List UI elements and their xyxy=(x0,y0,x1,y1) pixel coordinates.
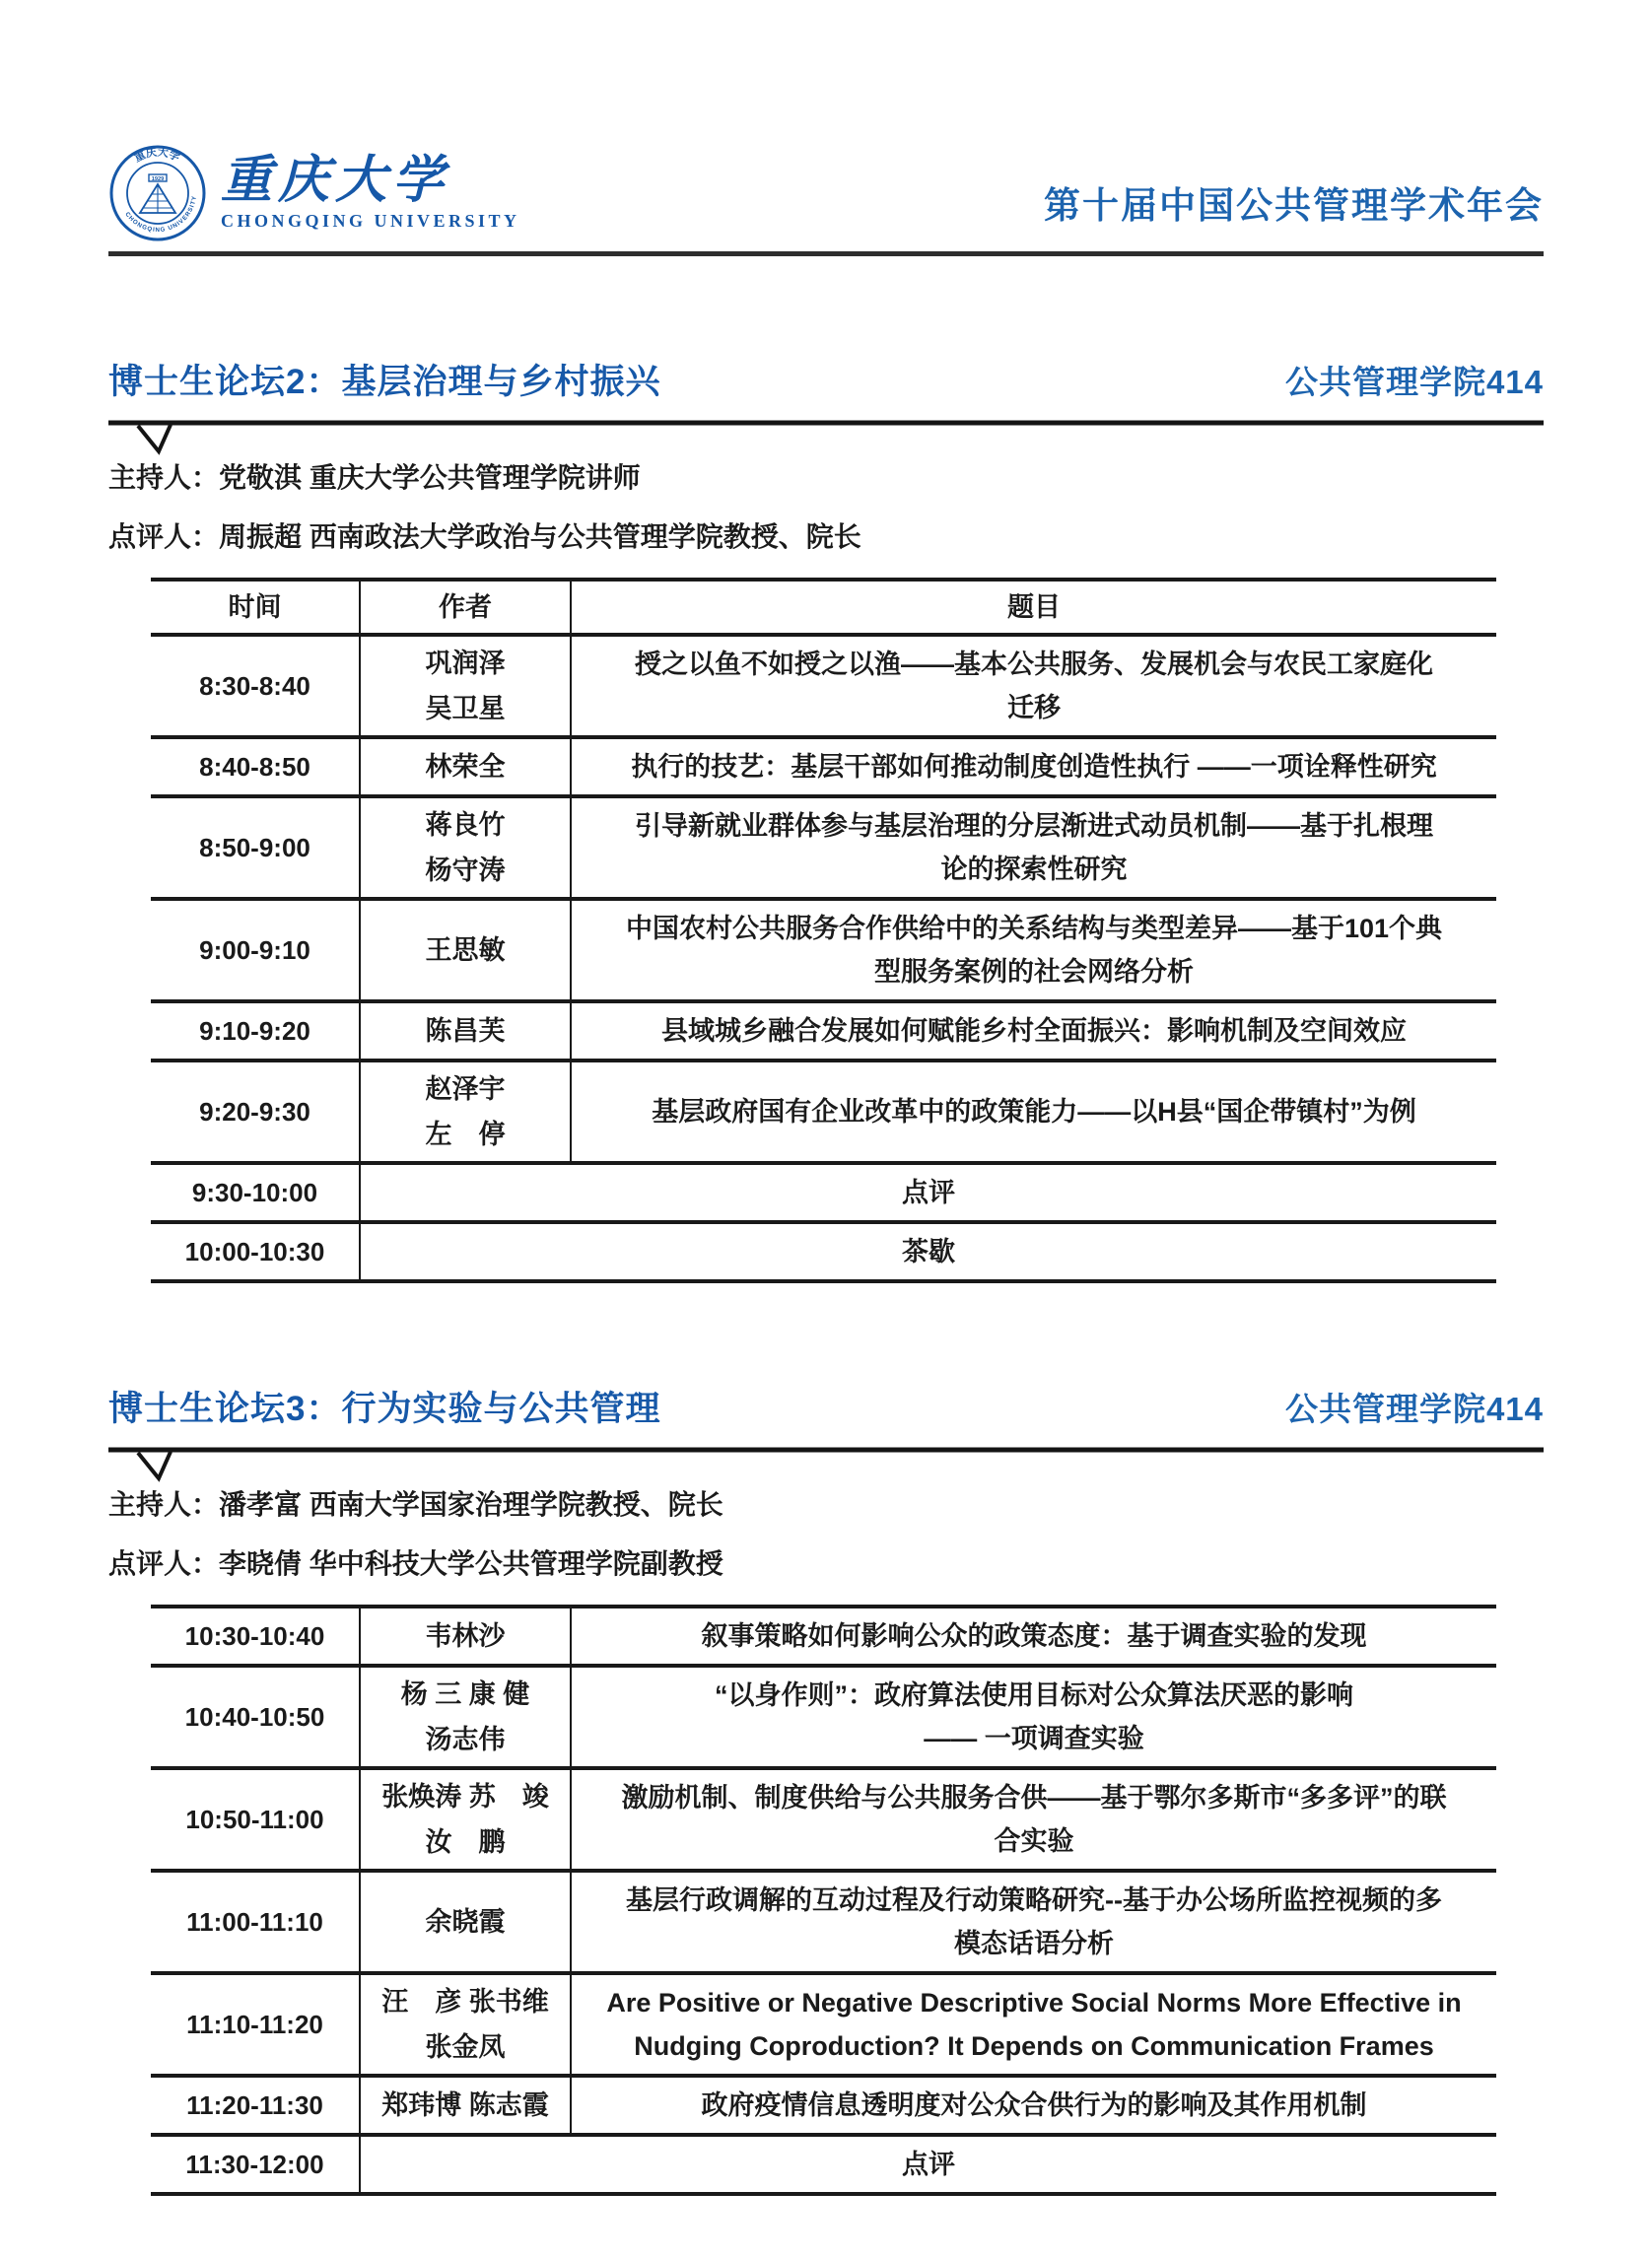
time-cell: 8:50-9:00 xyxy=(151,796,360,899)
host-line: 主持人：潘孝富 西南大学国家治理学院教授、院长 xyxy=(108,1488,1544,1522)
table-header-cell: 作者 xyxy=(360,580,571,635)
section-head: 博士生论坛2：基层治理与乡村振兴 公共管理学院414 xyxy=(108,355,1544,404)
table-row: 9:00-9:10王思敏中国农村公共服务合作供给中的关系结构与类型差异——基于1… xyxy=(151,899,1496,1001)
table-row: 11:30-12:00点评 xyxy=(151,2135,1496,2194)
conference-title: 第十届中国公共管理学术年会 xyxy=(1044,175,1544,242)
table-row: 10:00-10:30茶歇 xyxy=(151,1222,1496,1281)
section-title: 博士生论坛2：基层治理与乡村振兴 xyxy=(108,355,660,404)
logo-text: 重庆大学 CHONGQING UNIVERSITY xyxy=(221,154,520,233)
table-row: 8:50-9:00蒋良竹 杨守涛引导新就业群体参与基层治理的分层渐进式动员机制—… xyxy=(151,796,1496,899)
title-cell: 政府疫情信息透明度对公众合供行为的影响及其作用机制 xyxy=(571,2076,1496,2135)
table-row: 10:50-11:00张焕涛 苏 竣 汝 鹏激励机制、制度供给与公共服务合供——… xyxy=(151,1768,1496,1871)
section-forum-3: 博士生论坛3：行为实验与公共管理 公共管理学院414 主持人：潘孝富 西南大学国… xyxy=(108,1382,1544,2196)
time-cell: 10:40-10:50 xyxy=(151,1666,360,1768)
room-label: 公共管理学院414 xyxy=(1285,1384,1544,1430)
table-row: 10:30-10:40韦林沙叙事策略如何影响公众的政策态度：基于调查实验的发现 xyxy=(151,1607,1496,1666)
time-cell: 11:30-12:00 xyxy=(151,2135,360,2194)
time-cell: 10:30-10:40 xyxy=(151,1607,360,1666)
title-cell: “以身作则”：政府算法使用目标对公众算法厌恶的影响 —— 一项调查实验 xyxy=(571,1666,1496,1768)
authors-cell: 汪 彦 张书维 张金凤 xyxy=(360,1973,571,2076)
authors-cell: 赵泽宇 左 停 xyxy=(360,1061,571,1163)
table-row: 11:20-11:30郑玮博 陈志霞政府疫情信息透明度对公众合供行为的影响及其作… xyxy=(151,2076,1496,2135)
table-header-row: 时间作者题目 xyxy=(151,580,1496,635)
table-row: 11:10-11:20汪 彦 张书维 张金凤Are Positive or Ne… xyxy=(151,1973,1496,2076)
time-cell: 11:00-11:10 xyxy=(151,1871,360,1973)
time-cell: 11:20-11:30 xyxy=(151,2076,360,2135)
time-cell: 10:00-10:30 xyxy=(151,1222,360,1281)
commentator-line: 点评人：李晓倩 华中科技大学公共管理学院副教授 xyxy=(108,1547,1544,1581)
merged-label-cell: 茶歇 xyxy=(360,1222,1496,1281)
table-header-cell: 题目 xyxy=(571,580,1496,635)
session-table-forum-3: 10:30-10:40韦林沙叙事策略如何影响公众的政策态度：基于调查实验的发现1… xyxy=(151,1605,1496,2196)
merged-label-cell: 点评 xyxy=(360,1163,1496,1222)
header-rule xyxy=(108,251,1544,256)
authors-cell: 杨 三 康 健 汤志伟 xyxy=(360,1666,571,1768)
authors-cell: 张焕涛 苏 竣 汝 鹏 xyxy=(360,1768,571,1871)
time-cell: 8:40-8:50 xyxy=(151,737,360,796)
table-row: 9:10-9:20陈昌芙县域城乡融合发展如何赋能乡村全面振兴：影响机制及空间效应 xyxy=(151,1001,1496,1061)
university-seal-icon: 重庆大学 CHONGQING UNIVERSITY 1929 xyxy=(108,144,207,242)
logo-en-name: CHONGQING UNIVERSITY xyxy=(221,209,520,233)
room-label: 公共管理学院414 xyxy=(1285,357,1544,403)
title-cell: 授之以鱼不如授之以渔——基本公共服务、发展机会与农民工家庭化 迁移 xyxy=(571,635,1496,737)
page-header: 重庆大学 CHONGQING UNIVERSITY 1929 重庆大学 CHON… xyxy=(108,144,1544,242)
table-row: 8:40-8:50林荣全执行的技艺：基层干部如何推动制度创造性执行 ——一项诠释… xyxy=(151,737,1496,796)
title-cell: 叙事策略如何影响公众的政策态度：基于调查实验的发现 xyxy=(571,1607,1496,1666)
table-row: 8:30-8:40巩润泽 吴卫星授之以鱼不如授之以渔——基本公共服务、发展机会与… xyxy=(151,635,1496,737)
authors-cell: 林荣全 xyxy=(360,737,571,796)
merged-label-cell: 点评 xyxy=(360,2135,1496,2194)
title-cell: 县域城乡融合发展如何赋能乡村全面振兴：影响机制及空间效应 xyxy=(571,1001,1496,1061)
authors-cell: 巩润泽 吴卫星 xyxy=(360,635,571,737)
title-cell: 基层政府国有企业改革中的政策能力——以H县“国企带镇村”为例 xyxy=(571,1061,1496,1163)
logo-cn-name: 重庆大学 xyxy=(221,154,520,209)
time-cell: 11:10-11:20 xyxy=(151,1973,360,2076)
session-table-forum-2: 时间作者题目8:30-8:40巩润泽 吴卫星授之以鱼不如授之以渔——基本公共服务… xyxy=(151,578,1496,1283)
university-logo: 重庆大学 CHONGQING UNIVERSITY 1929 重庆大学 CHON… xyxy=(108,144,520,242)
title-cell: Are Positive or Negative Descriptive Soc… xyxy=(571,1973,1496,2076)
table-row: 11:00-11:10余晓霞基层行政调解的互动过程及行动策略研究--基于办公场所… xyxy=(151,1871,1496,1973)
authors-cell: 余晓霞 xyxy=(360,1871,571,1973)
table-row: 9:20-9:30赵泽宇 左 停基层政府国有企业改革中的政策能力——以H县“国企… xyxy=(151,1061,1496,1163)
authors-cell: 郑玮博 陈志霞 xyxy=(360,2076,571,2135)
title-cell: 中国农村公共服务合作供给中的关系结构与类型差异——基于101个典 型服务案例的社… xyxy=(571,899,1496,1001)
conference-program-page: 重庆大学 CHONGQING UNIVERSITY 1929 重庆大学 CHON… xyxy=(0,0,1652,2258)
section-head: 博士生论坛3：行为实验与公共管理 公共管理学院414 xyxy=(108,1382,1544,1431)
seal-year: 1929 xyxy=(152,176,164,182)
section-forum-2: 博士生论坛2：基层治理与乡村振兴 公共管理学院414 主持人：党敬淇 重庆大学公… xyxy=(108,355,1544,1283)
time-cell: 9:20-9:30 xyxy=(151,1061,360,1163)
authors-cell: 蒋良竹 杨守涛 xyxy=(360,796,571,899)
title-cell: 引导新就业群体参与基层治理的分层渐进式动员机制——基于扎根理 论的探索性研究 xyxy=(571,796,1496,899)
section-title: 博士生论坛3：行为实验与公共管理 xyxy=(108,1382,660,1431)
section-divider-tick-rule xyxy=(108,418,1544,457)
authors-cell: 韦林沙 xyxy=(360,1607,571,1666)
title-cell: 基层行政调解的互动过程及行动策略研究--基于办公场所监控视频的多 模态话语分析 xyxy=(571,1871,1496,1973)
host-line: 主持人：党敬淇 重庆大学公共管理学院讲师 xyxy=(108,461,1544,495)
title-cell: 执行的技艺：基层干部如何推动制度创造性执行 ——一项诠释性研究 xyxy=(571,737,1496,796)
time-cell: 8:30-8:40 xyxy=(151,635,360,737)
table-header-cell: 时间 xyxy=(151,580,360,635)
time-cell: 9:10-9:20 xyxy=(151,1001,360,1061)
commentator-line: 点评人：周振超 西南政法大学政治与公共管理学院教授、院长 xyxy=(108,520,1544,554)
time-cell: 10:50-11:00 xyxy=(151,1768,360,1871)
time-cell: 9:00-9:10 xyxy=(151,899,360,1001)
authors-cell: 王思敏 xyxy=(360,899,571,1001)
table-row: 9:30-10:00点评 xyxy=(151,1163,1496,1222)
time-cell: 9:30-10:00 xyxy=(151,1163,360,1222)
title-cell: 激励机制、制度供给与公共服务合供——基于鄂尔多斯市“多多评”的联 合实验 xyxy=(571,1768,1496,1871)
section-divider-tick-rule xyxy=(108,1445,1544,1484)
authors-cell: 陈昌芙 xyxy=(360,1001,571,1061)
table-row: 10:40-10:50杨 三 康 健 汤志伟“以身作则”：政府算法使用目标对公众… xyxy=(151,1666,1496,1768)
